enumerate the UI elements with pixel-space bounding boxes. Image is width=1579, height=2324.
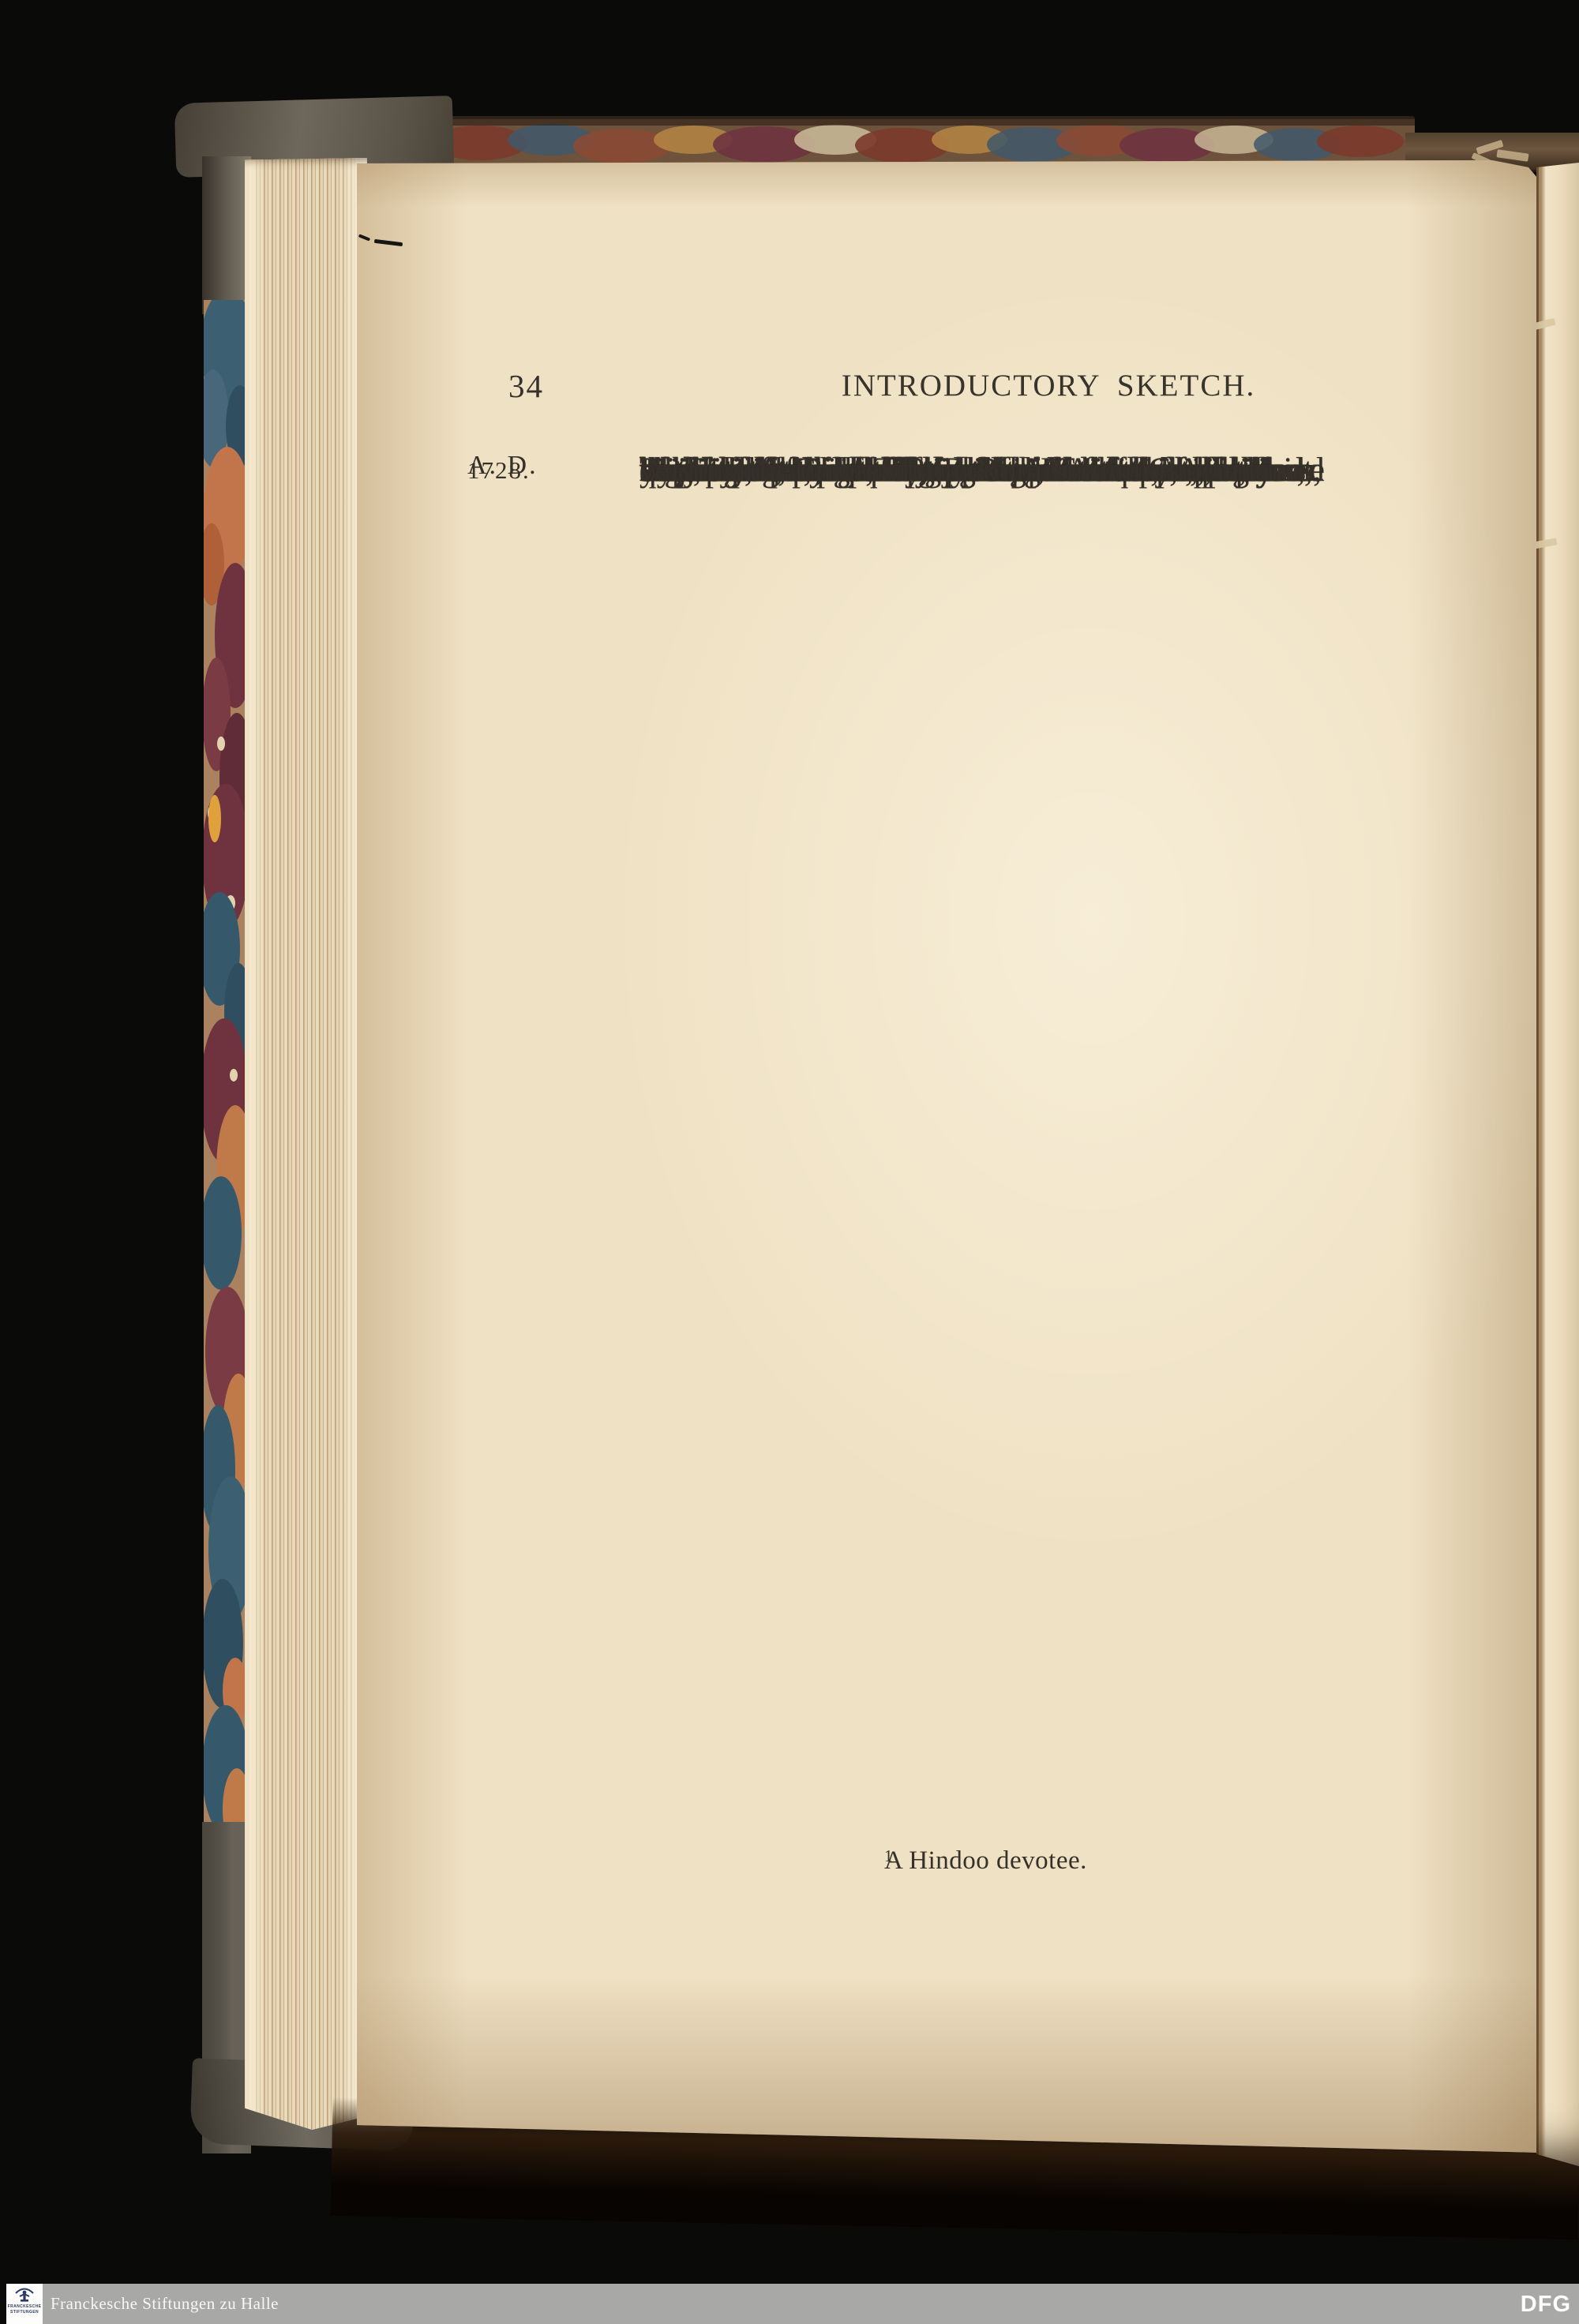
page-header: INTRODUCTORY SKETCH.: [639, 368, 1457, 403]
board-edge-upper: [202, 156, 251, 314]
margin-note-year: 1728.: [467, 458, 534, 482]
logo-caption-line2: STIFTUNGEN: [6, 2310, 43, 2315]
dfg-logo: DFG: [1521, 2284, 1571, 2324]
text-line: ceiving the errors of the Romish church,…: [639, 445, 1307, 495]
page-stack-fore-edge: [245, 158, 367, 2130]
ink-mark: [358, 234, 370, 241]
gutter-facing-page: [1536, 163, 1579, 2166]
marbling-pattern: [204, 300, 251, 1831]
institution-logo: FRANCKESCHE STIFTUNGEN: [6, 2284, 43, 2324]
ink-mark: [374, 239, 403, 246]
paper-tear: [1532, 538, 1557, 549]
bar-left-sliver: [0, 2284, 6, 2324]
book-page: 34 INTRODUCTORY SKETCH. A. D. 1728. lege…: [357, 160, 1541, 2156]
francke-emblem-icon: [13, 2286, 36, 2302]
page-number: 34: [508, 367, 544, 405]
institution-name: Franckesche Stiftungen zu Halle: [51, 2284, 279, 2324]
viewer-bar: FRANCKESCHE STIFTUNGEN Franckesche Stift…: [0, 2284, 1579, 2324]
footnote-text: A Hindoo devotee.: [884, 1846, 1087, 1876]
marbled-board-edge: [204, 300, 251, 1831]
scanned-book-photo: 34 INTRODUCTORY SKETCH. A. D. 1728. lege…: [0, 0, 1579, 2324]
logo-caption-line1: FRANCKESCHE: [6, 2304, 43, 2309]
